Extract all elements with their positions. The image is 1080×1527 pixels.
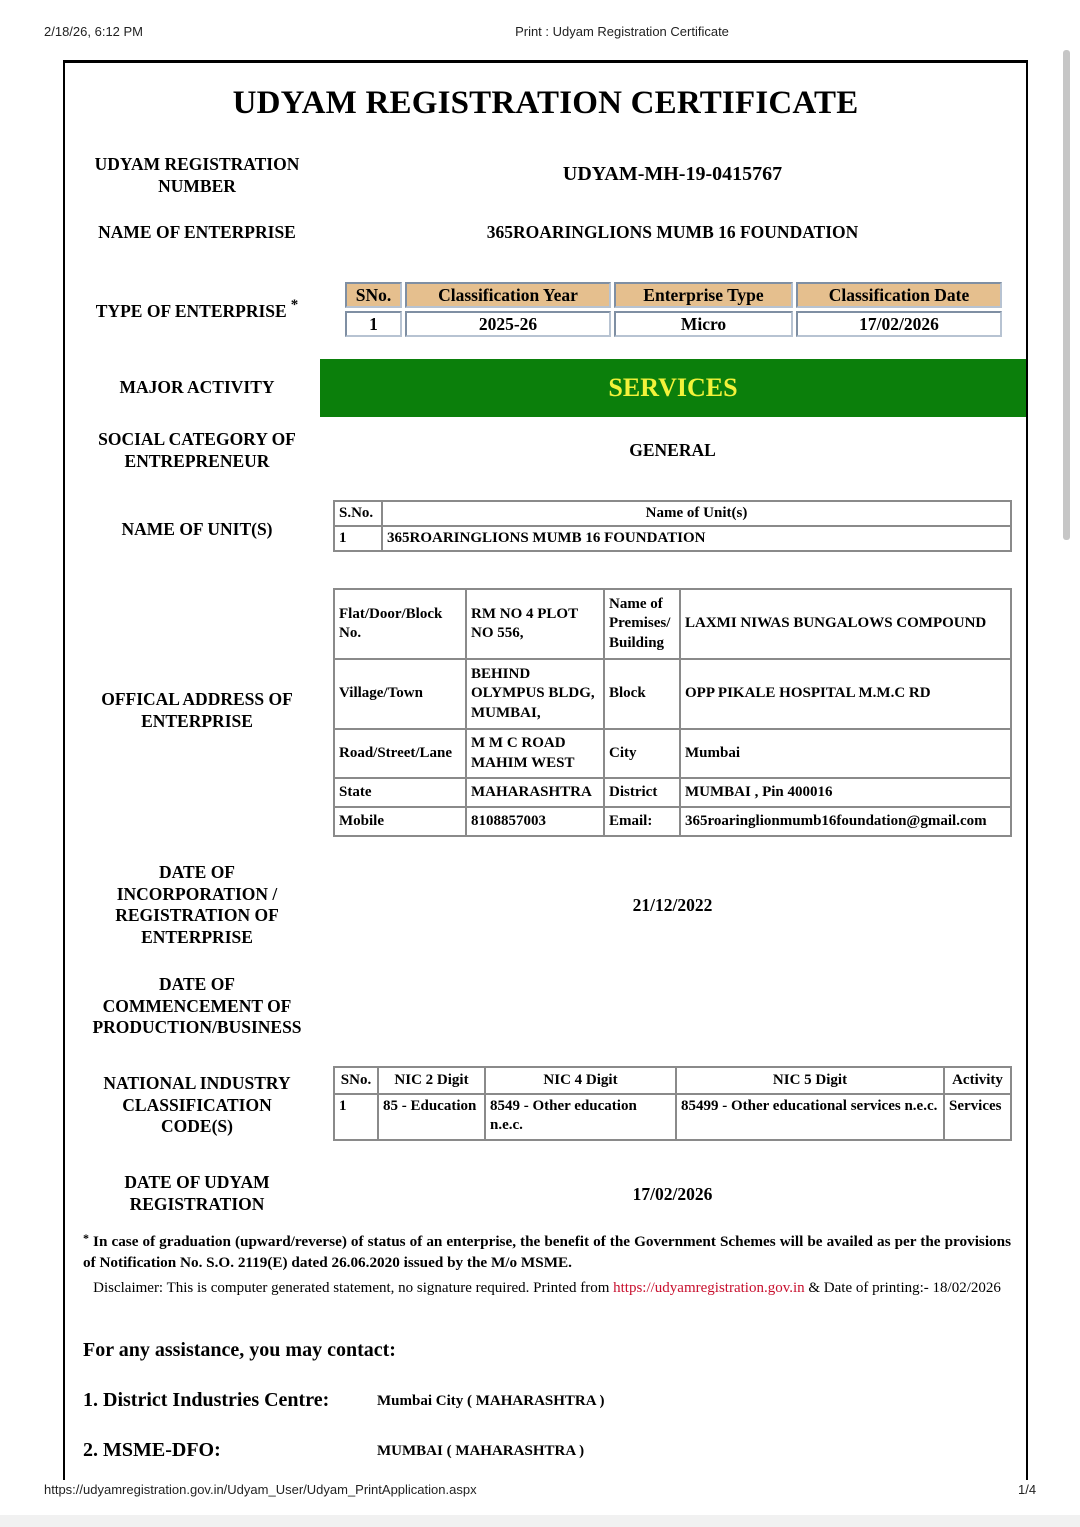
note-text: In case of graduation (upward/reverse) o… [83, 1233, 1011, 1271]
table-row: 1 85 - Education 8549 - Other education … [334, 1094, 1011, 1140]
cell-unit-name: 365ROARINGLIONS MUMB 16 FOUNDATION [382, 526, 1011, 551]
udyam-portal-link[interactable]: https://udyamregistration.gov.in [613, 1280, 805, 1296]
mobile-value: 8108857003 [466, 807, 604, 836]
viewer-bottom-strip [0, 1515, 1080, 1527]
units-table: S.No. Name of Unit(s) 1 365ROARINGLIONS … [333, 500, 1012, 552]
vertical-scrollbar[interactable] [1063, 50, 1070, 540]
cell-nic-4-digit: 8549 - Other education n.e.c. [485, 1094, 676, 1140]
page-number: 1/4 [1018, 1482, 1036, 1497]
official-address-label: OFFICAL ADDRESS OF ENTERPRISE [83, 689, 311, 732]
label-line: REGISTRATION [83, 1194, 311, 1216]
village-label: Village/Town [334, 659, 466, 729]
enterprise-name-label: NAME OF ENTERPRISE [83, 222, 311, 244]
col-header: SNo. [345, 282, 402, 308]
col-header: SNo. [334, 1067, 378, 1094]
cell-sno: 1 [345, 311, 402, 337]
table-row: State MAHARASHTRA District MUMBAI , Pin … [334, 778, 1011, 807]
social-category-value: GENERAL [320, 440, 1025, 461]
contact-dic-value: Mumbai City ( MAHARASHTRA ) [377, 1393, 605, 1410]
block-label: Block [604, 659, 680, 729]
label-text: TYPE OF ENTERPRISE [96, 301, 287, 321]
asterisk-marker: * [83, 1231, 89, 1245]
major-activity-label: MAJOR ACTIVITY [83, 377, 311, 399]
col-header: NIC 2 Digit [378, 1067, 485, 1094]
premises-label: Name of Premises/ Building [604, 589, 680, 659]
label-line: INCORPORATION / [83, 884, 311, 906]
district-label: District [604, 778, 680, 807]
col-header: Classification Date [796, 282, 1002, 308]
label-line: UDYAM REGISTRATION [83, 154, 311, 176]
cell-enterprise-type: Micro [614, 311, 793, 337]
registration-number-label: UDYAM REGISTRATION NUMBER [83, 154, 311, 197]
cell-classification-year: 2025-26 [405, 311, 611, 337]
cell-nic-2-digit: 85 - Education [378, 1094, 485, 1140]
contact-dic-label: 1. District Industries Centre: [83, 1389, 329, 1412]
email-value: 365roaringlionmumb16foundation@gmail.com [680, 807, 1011, 836]
label-line: SOCIAL CATEGORY OF [83, 429, 311, 451]
label-line: PRODUCTION/BUSINESS [83, 1017, 311, 1039]
col-header: S.No. [334, 501, 382, 526]
label-line: NUMBER [83, 176, 311, 198]
label-line: OFFICAL ADDRESS OF [83, 689, 311, 711]
label-line: ENTREPRENEUR [83, 451, 311, 473]
graduation-note: * In case of graduation (upward/reverse)… [83, 1231, 1011, 1273]
major-activity-banner: SERVICES [320, 359, 1026, 417]
enterprise-type-table: SNo. Classification Year Enterprise Type… [342, 279, 1005, 340]
disclaimer: Disclaimer: This is computer generated s… [83, 1278, 1011, 1298]
table-row: Flat/Door/Block No. RM NO 4 PLOT NO 556,… [334, 589, 1011, 659]
nic-label: NATIONAL INDUSTRY CLASSIFICATION CODE(S) [83, 1073, 311, 1138]
disclaimer-print-date: & Date of printing:- 18/02/2026 [805, 1280, 1001, 1296]
district-value: MUMBAI , Pin 400016 [680, 778, 1011, 807]
cell-nic-5-digit: 85499 - Other educational services n.e.c… [676, 1094, 944, 1140]
assistance-heading: For any assistance, you may contact: [83, 1339, 396, 1362]
type-of-enterprise-label: TYPE OF ENTERPRISE* [83, 301, 311, 323]
premises-value: LAXMI NIWAS BUNGALOWS COMPOUND [680, 589, 1011, 659]
label-line: CODE(S) [83, 1116, 311, 1138]
flat-label: Flat/Door/Block No. [334, 589, 466, 659]
col-header: Classification Year [405, 282, 611, 308]
udyam-registration-date-label: DATE OF UDYAM REGISTRATION [83, 1172, 311, 1215]
label-line: ENTERPRISE [83, 711, 311, 733]
label-line: DATE OF [83, 862, 311, 884]
label-line: COMMENCEMENT OF [83, 996, 311, 1018]
label-line: NATIONAL INDUSTRY [83, 1073, 311, 1095]
label-line: CLASSIFICATION [83, 1095, 311, 1117]
label-line: REGISTRATION OF [83, 905, 311, 927]
enterprise-name-value: 365ROARINGLIONS MUMB 16 FOUNDATION [320, 222, 1025, 243]
print-header: 2/18/26, 6:12 PM Print : Udyam Registrat… [0, 24, 1080, 42]
address-table: Flat/Door/Block No. RM NO 4 PLOT NO 556,… [333, 588, 1012, 837]
asterisk-marker: * [291, 297, 299, 313]
email-label: Email: [604, 807, 680, 836]
city-label: City [604, 729, 680, 778]
table-row: Village/Town BEHIND OLYMPUS BLDG, MUMBAI… [334, 659, 1011, 729]
table-row: Mobile 8108857003 Email: 365roaringlionm… [334, 807, 1011, 836]
incorporation-date-value: 21/12/2022 [320, 895, 1025, 916]
block-value: OPP PIKALE HOSPITAL M.M.C RD [680, 659, 1011, 729]
col-header: Enterprise Type [614, 282, 793, 308]
cell-classification-date: 17/02/2026 [796, 311, 1002, 337]
table-row: Road/Street/Lane M M C ROAD MAHIM WEST C… [334, 729, 1011, 778]
mobile-label: Mobile [334, 807, 466, 836]
contact-msme-dfo-value: MUMBAI ( MAHARASHTRA ) [377, 1443, 584, 1460]
village-value: BEHIND OLYMPUS BLDG, MUMBAI, [466, 659, 604, 729]
print-footer: https://udyamregistration.gov.in/Udyam_U… [0, 1482, 1080, 1500]
certificate: UDYAM REGISTRATION CERTIFICATE UDYAM REG… [63, 60, 1028, 1480]
cell-sno: 1 [334, 1094, 378, 1140]
road-label: Road/Street/Lane [334, 729, 466, 778]
nic-table: SNo. NIC 2 Digit NIC 4 Digit NIC 5 Digit… [333, 1066, 1012, 1141]
label-line: ENTERPRISE [83, 927, 311, 949]
social-category-label: SOCIAL CATEGORY OF ENTREPRENEUR [83, 429, 311, 472]
cell-sno: 1 [334, 526, 382, 551]
col-header: Name of Unit(s) [382, 501, 1011, 526]
print-url: https://udyamregistration.gov.in/Udyam_U… [44, 1482, 477, 1497]
state-label: State [334, 778, 466, 807]
flat-value: RM NO 4 PLOT NO 556, [466, 589, 604, 659]
road-value: M M C ROAD MAHIM WEST [466, 729, 604, 778]
incorporation-date-label: DATE OF INCORPORATION / REGISTRATION OF … [83, 862, 311, 948]
udyam-registration-date-value: 17/02/2026 [320, 1184, 1025, 1205]
col-header: Activity [944, 1067, 1011, 1094]
table-row: 1 365ROARINGLIONS MUMB 16 FOUNDATION [334, 526, 1011, 551]
city-value: Mumbai [680, 729, 1011, 778]
certificate-title: UDYAM REGISTRATION CERTIFICATE [65, 85, 1026, 122]
label-line: DATE OF UDYAM [83, 1172, 311, 1194]
units-label: NAME OF UNIT(S) [83, 519, 311, 541]
label-line: DATE OF [83, 974, 311, 996]
commencement-date-label: DATE OF COMMENCEMENT OF PRODUCTION/BUSIN… [83, 974, 311, 1039]
table-row: 1 2025-26 Micro 17/02/2026 [345, 311, 1002, 337]
state-value: MAHARASHTRA [466, 778, 604, 807]
print-page-title: Print : Udyam Registration Certificate [0, 24, 1080, 39]
registration-number-value: UDYAM-MH-19-0415767 [320, 163, 1025, 186]
col-header: NIC 5 Digit [676, 1067, 944, 1094]
disclaimer-text: Disclaimer: This is computer generated s… [93, 1280, 613, 1296]
contact-msme-dfo-label: 2. MSME-DFO: [83, 1439, 221, 1462]
cell-activity: Services [944, 1094, 1011, 1140]
col-header: NIC 4 Digit [485, 1067, 676, 1094]
